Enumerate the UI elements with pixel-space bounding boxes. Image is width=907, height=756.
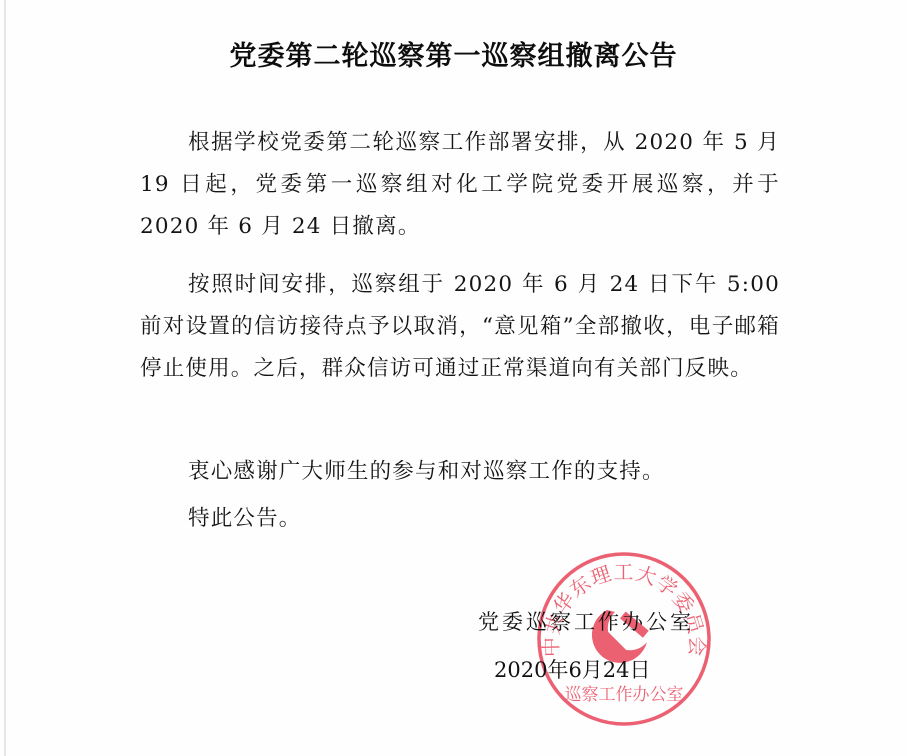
page-edge-divider: [4, 0, 6, 756]
paragraph-4-text: 特此公告。: [140, 498, 780, 540]
issue-date: 2020年6月24日: [494, 654, 651, 684]
issuer-signature: 党委巡察工作办公室: [478, 606, 694, 636]
paragraph-2: 按照时间安排，巡察组于 2020 年 6 月 24 日下午 5:00 前对设置的…: [140, 264, 780, 390]
paragraph-2-text: 按照时间安排，巡察组于 2020 年 6 月 24 日下午 5:00 前对设置的…: [140, 264, 780, 390]
paragraph-4: 特此公告。: [140, 498, 780, 540]
official-seal-stamp: 中共华东理工大学委员会 巡察工作办公室: [535, 550, 713, 728]
paragraph-3: 衷心感谢广大师生的参与和对巡察工作的支持。: [140, 451, 780, 493]
paragraph-3-text: 衷心感谢广大师生的参与和对巡察工作的支持。: [140, 451, 780, 493]
paragraph-1-text: 根据学校党委第二轮巡察工作部署安排，从 2020 年 5 月 19 日起，党委第…: [140, 122, 780, 248]
paragraph-1: 根据学校党委第二轮巡察工作部署安排，从 2020 年 5 月 19 日起，党委第…: [140, 122, 780, 248]
stamp-inner-text: 巡察工作办公室: [565, 685, 684, 705]
document-title: 党委第二轮巡察第一巡察组撤离公告: [0, 34, 907, 73]
scanned-document-page: 党委第二轮巡察第一巡察组撤离公告 根据学校党委第二轮巡察工作部署安排，从 202…: [0, 0, 907, 756]
